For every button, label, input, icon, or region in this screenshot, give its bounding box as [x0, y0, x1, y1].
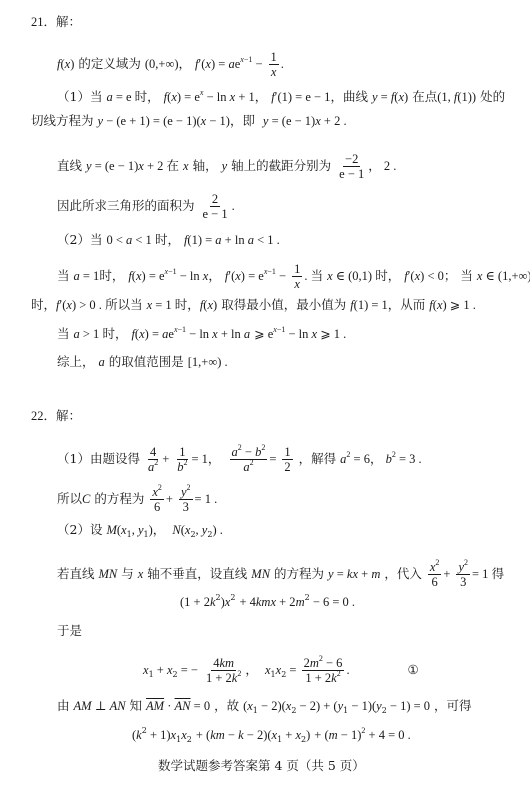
text: 处的: [480, 89, 505, 104]
text: 知: [130, 698, 143, 713]
q22-part1-line1: （1）由题设得 4a2+ 1b2= 1， a2 − b2a2= 12 ，解得 a…: [57, 445, 422, 474]
text: 综上，: [57, 354, 95, 369]
text: 直线: [57, 158, 82, 173]
text: 得: [492, 566, 505, 581]
q22-derived-equation: (k2 + 1)x1x2 + (km − k − 2)(x1 + x2) + (…: [132, 727, 411, 743]
text: 轴上的截距分别为: [231, 158, 331, 173]
text: 所以当: [105, 297, 143, 312]
text: 取得最小值，最小值为: [221, 297, 346, 312]
text: 轴，: [193, 158, 218, 173]
text: 时，: [135, 89, 160, 104]
page-footer: 数学试题参考答案第 4 页（共 5 页）: [158, 758, 365, 774]
text: 在点: [412, 89, 437, 104]
q21-part2-line2: 当 a = 1时， f(x) = ex−1 − ln x， f′(x) = ex…: [57, 262, 530, 291]
q22-heading: 22．解：: [31, 408, 81, 424]
text: 在: [167, 158, 180, 173]
text: 当: [311, 268, 324, 283]
text: ，曲线: [330, 89, 368, 104]
q22-perpendicular-line: 由 AM ⊥ AN 知 AM · AN = 0 ，故 (x1 − 2)(x2 −…: [57, 698, 472, 714]
text: 当: [57, 268, 70, 283]
text: 所以: [57, 491, 82, 506]
q22-part2-line1: （2）设 M(x1, y1)， N(x2, y2) .: [57, 522, 223, 538]
text: 若直线: [57, 566, 95, 581]
text: 于是: [57, 623, 82, 638]
text: ，故: [214, 698, 239, 713]
q21-part1-line2: 切线方程为 y − (e + 1) = (e − 1)(x − 1)，即 y =…: [31, 113, 347, 129]
q22-part2-line2: 若直线 MN 与 x 轴不垂直，设直线 MN 的方程为 y = kx + m ，…: [57, 560, 504, 589]
q21-heading: 21．解：: [31, 14, 81, 30]
q21-conclusion: 综上， a 的取值范围是 [1,+∞) .: [57, 354, 228, 370]
equation-number: ①: [408, 663, 419, 677]
text: 当: [460, 268, 473, 283]
q22-heading-text: 22．解：: [31, 409, 81, 423]
q22-vieta-equation: x1 + x2 = − 4km1 + 2k2， x1x2 = 2m2 − 61 …: [143, 656, 419, 685]
text: 的方程为: [94, 491, 144, 506]
footer-text: 数学试题参考答案第 4 页（共 5 页）: [158, 758, 365, 773]
text: 时，: [155, 232, 180, 247]
text: （2）设: [57, 522, 102, 537]
q21-part2-line4: 当 a > 1 时， f(x) = aex−1 − ln x + ln a ⩾ …: [57, 326, 346, 342]
text: 与: [121, 566, 134, 581]
text: 的方程为: [274, 566, 324, 581]
text: （1）由题设得: [57, 451, 140, 466]
q21-area-line: 因此所求三角形的面积为 2e − 1.: [57, 192, 235, 221]
text: 当: [57, 326, 70, 341]
text: ，即: [230, 113, 255, 128]
text: ，可得: [434, 698, 472, 713]
q21-part1-line1: （1）当 a = e 时， f(x) = ex − ln x + 1， f′(1…: [57, 89, 505, 105]
text: 轴不垂直，设直线: [147, 566, 247, 581]
q22-quadratic-equation: (1 + 2k2)x2 + 4kmx + 2m2 − 6 = 0 .: [180, 594, 355, 610]
text: 的取值范围是: [109, 354, 184, 369]
q21-part2-line3: 时，f′(x) > 0 . 所以当 x = 1 时，f(x) 取得最小值，最小值…: [31, 297, 476, 313]
q22-part1-line2: 所以C 的方程为 x26+ y23= 1 .: [57, 485, 217, 514]
text: ，代入: [384, 566, 422, 581]
text: 时，: [375, 268, 400, 283]
q21-intercepts-line: 直线 y = (e − 1)x + 2 在 x 轴， y 轴上的截距分别为 −2…: [57, 152, 396, 181]
text: ，从而: [388, 297, 426, 312]
text: （2）当: [57, 232, 102, 247]
q21-part2-line1: （2）当 0 < a < 1 时， f(1) = a + ln a < 1 .: [57, 232, 280, 248]
q22-yushi: 于是: [57, 623, 82, 639]
text: 时，: [99, 268, 124, 283]
q21-line-domain: f(x) 的定义域为 (0,+∞)， f′(x) = aex−1 − 1x.: [57, 50, 284, 79]
text: 的定义域为: [78, 56, 141, 71]
text: 由: [57, 698, 70, 713]
text: ，解得: [299, 451, 337, 466]
text: 切线方程为: [31, 113, 94, 128]
q21-heading-text: 21．解：: [31, 15, 81, 29]
text: 时，: [102, 326, 127, 341]
text: （1）当: [57, 89, 102, 104]
text: 因此所求三角形的面积为: [57, 198, 195, 213]
